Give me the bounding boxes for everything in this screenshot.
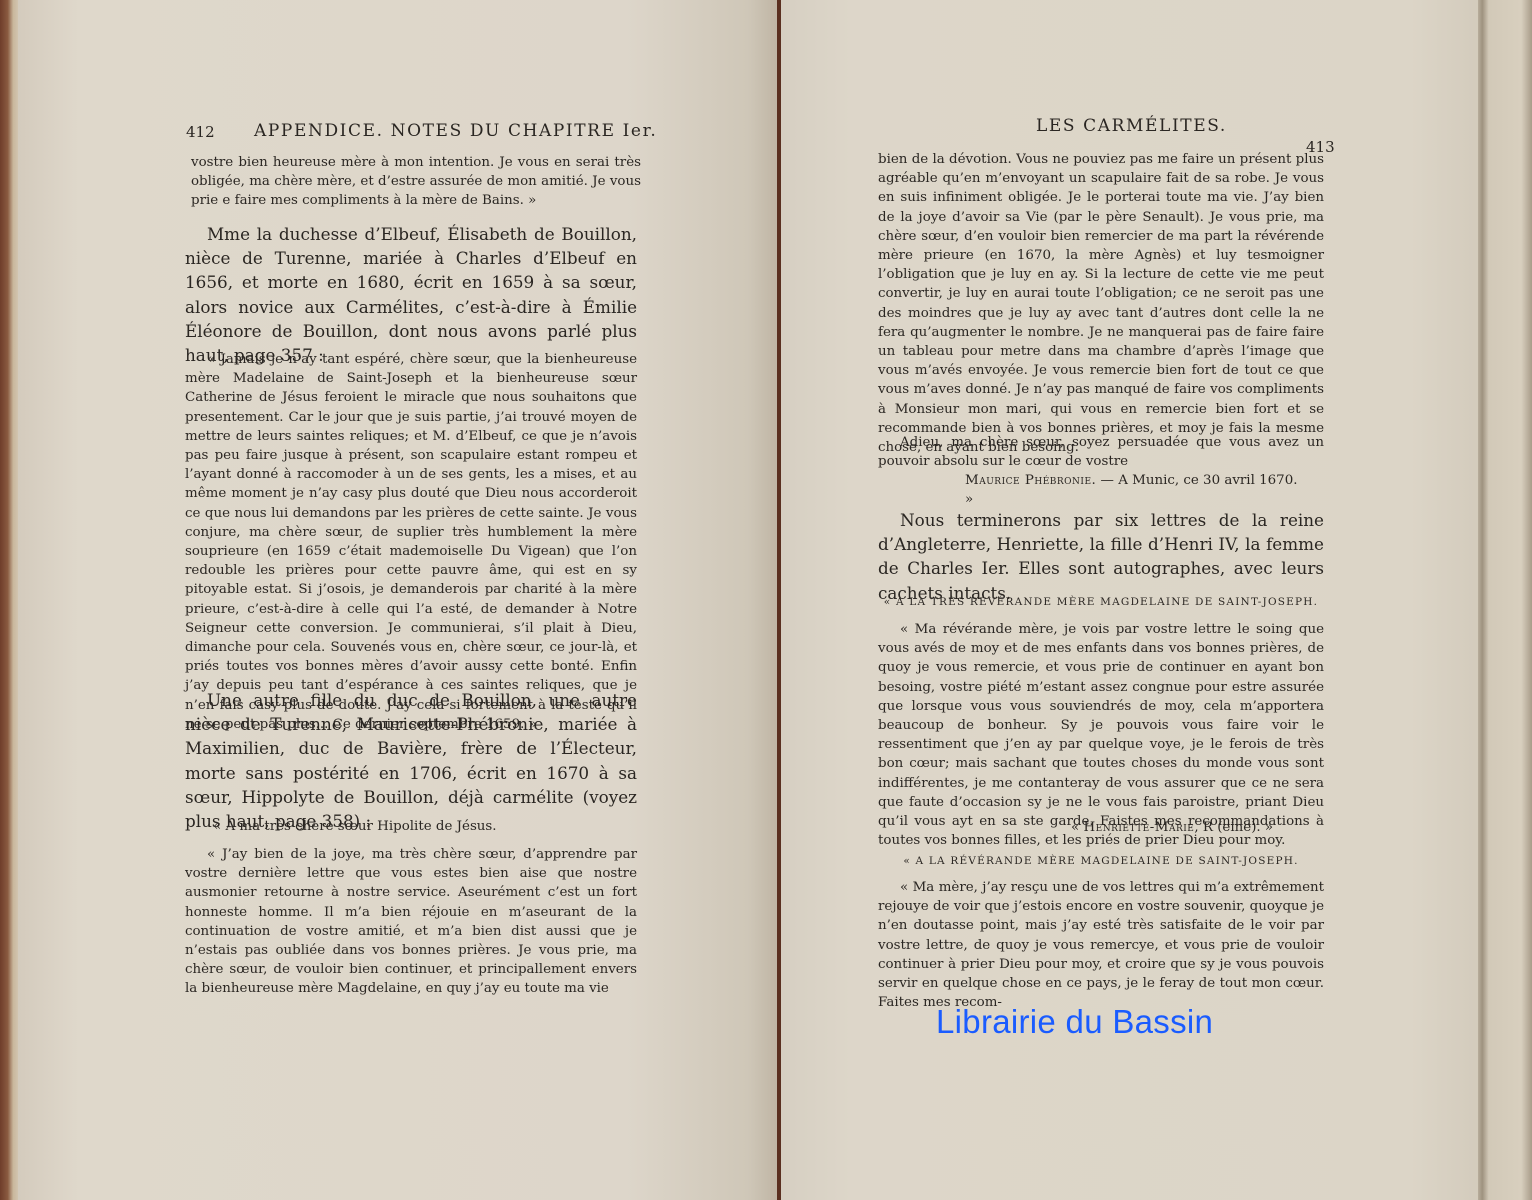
signature-maurice-name: Maurice Phébronie. xyxy=(965,473,1096,488)
letter2-heading: « A LA RÉVÉRANDE MÈRE MAGDELAINE DE SAIN… xyxy=(878,855,1324,867)
running-head-right: LES CARMÉLITES. xyxy=(1036,116,1227,136)
address-hipolite: « A ma très chère sœur Hipolite de Jésus… xyxy=(213,817,633,836)
paragraph-elbeuf: Mme la duchesse d’Elbeuf, Élisabeth de B… xyxy=(185,222,637,367)
paragraph-bouillon: Une autre fille du duc de Bouillon, une … xyxy=(185,688,637,833)
signature-henriette-name: Henriette-Marie xyxy=(1083,820,1194,835)
book-fore-edge-right xyxy=(1478,0,1532,1200)
continuation-text-right: bien de la dévotion. Vous ne pouviez pas… xyxy=(878,150,1324,457)
letter2: « Ma mère, j’ay resçu une de vos lettres… xyxy=(878,878,1324,1012)
paragraph-elbeuf-text: Mme la duchesse d’Elbeuf, Élisabeth de B… xyxy=(185,222,637,367)
letter2-text: « Ma mère, j’ay resçu une de vos lettres… xyxy=(878,878,1324,1012)
signature-maurice: Maurice Phébronie. — A Munic, ce 30 avri… xyxy=(965,471,1305,509)
running-head-left: APPENDICE. NOTES DU CHAPITRE Ier. xyxy=(254,121,657,141)
signature-henriette: « Henriette-Marie, R (eine). » xyxy=(1071,818,1311,837)
letter-elbeuf-text: « Jamais je n’ay tant espéré, chère sœur… xyxy=(185,350,637,734)
signature-henriette-title: , R (eine). » xyxy=(1194,820,1273,835)
letter-hipolite: « J’ay bien de la joye, ma très chère sœ… xyxy=(185,845,637,999)
paragraph-bouillon-text: Une autre fille du duc de Bouillon, une … xyxy=(185,688,637,833)
letter1-heading: « A LA TRÈS RÉVÉRANDE MÈRE MAGDELAINE DE… xyxy=(878,596,1324,608)
adieu-text: Adieu, ma chère sœur, soyez persuadée qu… xyxy=(878,433,1324,471)
left-page: 412 APPENDICE. NOTES DU CHAPITRE Ier. vo… xyxy=(18,0,778,1200)
paragraph-henriette-text: Nous terminerons par six lettres de la r… xyxy=(878,508,1324,605)
paragraph-henriette: Nous terminerons par six lettres de la r… xyxy=(878,508,1324,605)
letter1-text: « Ma révérande mère, je vois par vostre … xyxy=(878,620,1324,850)
letter-hipolite-text: « J’ay bien de la joye, ma très chère sœ… xyxy=(185,845,637,999)
page-number-left: 412 xyxy=(186,123,215,141)
watermark-librairie-du-bassin: Librairie du Bassin xyxy=(936,1003,1213,1041)
continuation-text: vostre bien heureuse mère à mon intentio… xyxy=(191,153,641,211)
letter-elbeuf: « Jamais je n’ay tant espéré, chère sœur… xyxy=(185,350,637,734)
right-continuation: bien de la dévotion. Vous ne pouviez pas… xyxy=(878,150,1324,457)
letter1: « Ma révérande mère, je vois par vostre … xyxy=(878,620,1324,850)
left-continuation: vostre bien heureuse mère à mon intentio… xyxy=(191,153,641,211)
open-book-spread: 412 APPENDICE. NOTES DU CHAPITRE Ier. vo… xyxy=(0,0,1532,1200)
adieu-paragraph: Adieu, ma chère sœur, soyez persuadée qu… xyxy=(878,433,1324,471)
